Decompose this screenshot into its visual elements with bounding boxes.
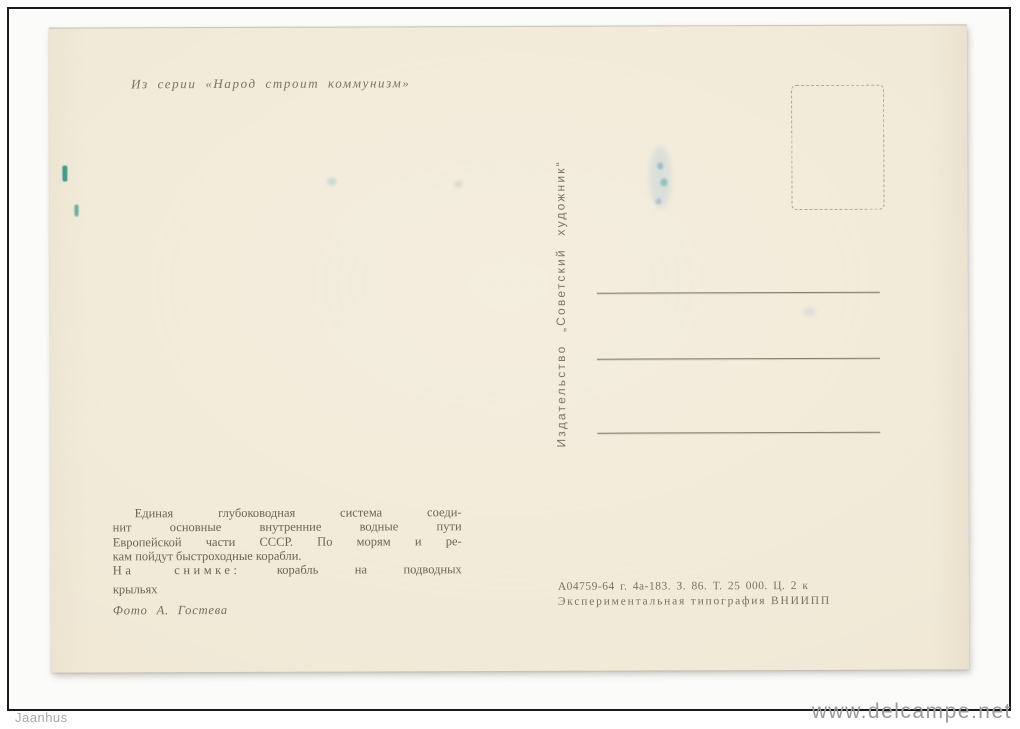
ink-stain	[74, 205, 78, 217]
ink-stain	[327, 178, 336, 186]
imprint-line: А04759-64 г. 4а-183. З. 86. Т. 25 000. Ц…	[558, 579, 831, 594]
on-photo-label: На снимке:	[113, 563, 241, 577]
imprint-line: Экспериментальная типография ВНИИПП	[558, 593, 831, 608]
description-line: Европейской части СССР. По морям и ре-	[113, 534, 462, 550]
address-line	[597, 292, 880, 294]
on-photo-text: корабль на подводных	[277, 562, 462, 577]
description-line: кам пойдут быстроходные корабли.	[113, 548, 462, 564]
description-line: Единая глубоководная система соеди-	[113, 505, 462, 521]
scanned-postcard-page: Из серии «Народ строит коммунизм» Издате…	[0, 0, 1020, 729]
print-imprint: А04759-64 г. 4а-183. З. 86. Т. 25 000. Ц…	[558, 579, 831, 609]
on-photo-caption-carryover: крыльях	[113, 582, 158, 597]
ink-stain	[655, 198, 661, 204]
photo-credit: Фото А. Гостева	[113, 603, 228, 618]
ink-stain	[660, 178, 667, 186]
watermark-site: www.delcampe.net	[812, 700, 1012, 724]
stamp-placeholder-box	[791, 85, 884, 210]
ink-stain	[649, 146, 671, 208]
series-title: Из серии «Народ строит коммунизм»	[131, 75, 410, 92]
description-paragraph: Единая глубоководная система соеди- нит …	[113, 505, 462, 563]
address-line	[597, 358, 880, 360]
description-line: нит основные внутренние водные пути	[113, 519, 462, 535]
address-line	[597, 432, 880, 434]
on-photo-caption: На снимке: корабль на подводных	[113, 562, 462, 578]
ink-stain	[804, 307, 816, 316]
publisher-vertical-text: Издательство „Советский художник“	[553, 134, 568, 474]
ink-stain	[62, 166, 67, 182]
postcard-back: Из серии «Народ строит коммунизм» Издате…	[49, 24, 969, 672]
watermark-seller: Jaanhus	[15, 710, 68, 725]
ink-stain	[454, 181, 462, 187]
ink-stain	[657, 162, 663, 169]
